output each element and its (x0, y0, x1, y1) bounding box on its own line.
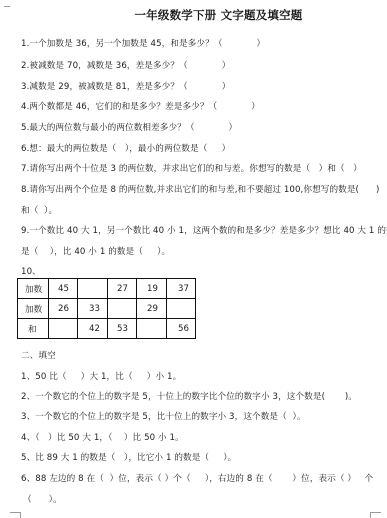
crop-mark-bottom-right (370, 512, 381, 518)
table-row-addend-2: 加数 26 33 29 (18, 299, 196, 319)
table-cell: 45 (49, 279, 78, 299)
word-problem-6: 6.想：最大的两位数是（ ），最小的两位数是（ ） (21, 142, 230, 154)
fill-blank-1: 1、50 比（ ）大 1，比（ ）小 1。 (21, 370, 181, 382)
fill-blank-3: 3、一个数它的个位上的数字是 5，比十位上的数字小 3，这个数是（ ）。 (21, 410, 306, 422)
fill-blank-6-cont: （ ）。 (23, 493, 62, 505)
word-problem-8: 8.请你写出两个个位是 8 的两位数,并求出它们的和与差,和不要超过 100,你… (21, 183, 379, 195)
word-problem-9-cont: 是（ ），比 40 小 1 的数是（ ）。 (21, 245, 170, 257)
table-cell (137, 319, 167, 339)
table-cell (108, 299, 137, 319)
table-cell (49, 319, 78, 339)
addition-table: 加数 45 27 19 37 加数 26 33 29 和 42 53 56 (17, 278, 196, 339)
table-cell: 和 (18, 319, 49, 339)
page-title: 一年级数学下册 文字题及填空题 (0, 7, 387, 23)
table-cell: 53 (108, 319, 137, 339)
word-problem-4: 4.两个数都是 46，它们的和是多少？差是多少？（ ） (21, 100, 260, 112)
word-problem-5: 5.最大的两位数与最小的两位数相差多少？（ ） (21, 121, 237, 133)
crop-mark-bottom-left (10, 512, 21, 518)
fill-blank-5: 5、比 89 大 1 的数是（ ），比它小 1 的数是（ ）。 (21, 451, 236, 463)
table-row-sum: 和 42 53 56 (18, 319, 196, 339)
table-cell: 29 (137, 299, 167, 319)
fill-blank-4: 4、（ ）比 50 大 1，（ ）比 50 小 1。 (21, 431, 184, 443)
table-cell (78, 279, 108, 299)
table-cell (167, 299, 196, 319)
table-row-addend-1: 加数 45 27 19 37 (18, 279, 196, 299)
word-problem-8-cont: 和（ ）。 (21, 204, 57, 216)
word-problem-9: 9.一个数比 40 大 1，另一个数比 40 小 1，这两个数的和是多少？差是多… (21, 224, 387, 236)
table-cell: 加数 (18, 299, 49, 319)
word-problem-7: 7.请你写出两个十位是 3 的两位数，并求出它们的和与差。你想写的数是（ ）和（… (21, 162, 362, 174)
word-problem-3: 3.减数是 29，被减数是 81，差是多少？（ ） (21, 80, 230, 92)
table-cell: 加数 (18, 279, 49, 299)
fill-blank-2: 2、一个数它的个位上的数字是 5，十位上的数字比个位的数字小 3，这个数是( )… (21, 390, 357, 402)
table-cell: 19 (137, 279, 167, 299)
table-cell: 27 (108, 279, 137, 299)
table-cell: 33 (78, 299, 108, 319)
word-problem-2: 2.被减数是 70，减数是 36，差是多少？（ ） (21, 59, 230, 71)
word-problem-10: 10、 (21, 265, 41, 277)
word-problem-1: 1.一个加数是 36，另一个加数是 45，和是多少？（ ） (21, 37, 265, 49)
table-cell: 42 (78, 319, 108, 339)
table-cell: 37 (167, 279, 196, 299)
section-2-heading: 二、填空 (21, 349, 56, 361)
fill-blank-6: 6、88 左边的 8 在（ ）位，表示（ ）个（ ），右边的 8 在（ ）位，表… (21, 472, 373, 484)
table-cell: 26 (49, 299, 78, 319)
table-cell: 56 (167, 319, 196, 339)
